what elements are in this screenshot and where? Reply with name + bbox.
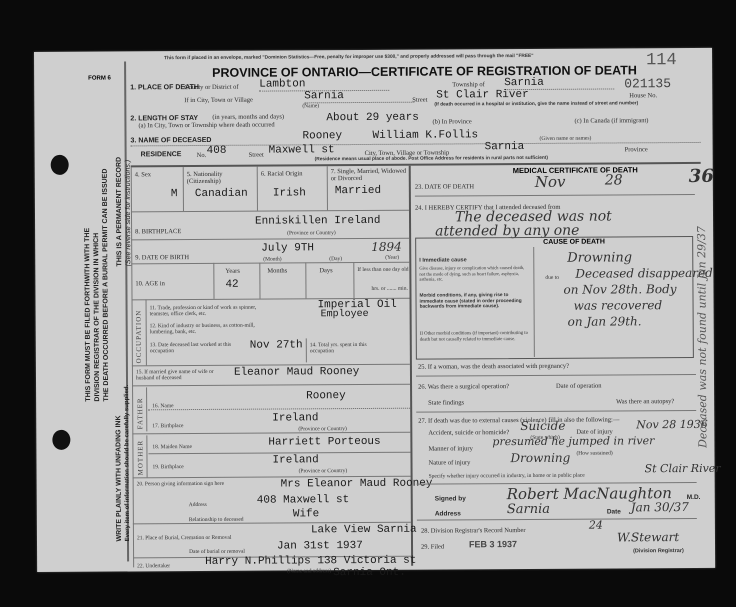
nature-label: Nature of injury — [428, 459, 470, 466]
how-sustained-hint: (How sustained) — [576, 450, 612, 456]
signed-by-label: Signed by — [435, 495, 466, 502]
dob-label: 9. DATE OF BIRTH — [135, 254, 189, 261]
deceased-given-names: William K.Follis — [372, 129, 478, 142]
birthplace-value: Enniskillen Ireland — [255, 215, 380, 228]
residence-label: RESIDENCE — [141, 151, 182, 158]
cause-note-2: was recovered — [574, 298, 663, 313]
hrs-label: hrs. or ....... min. — [371, 286, 407, 292]
registration-number: 021135 — [624, 76, 671, 91]
months-label: Months — [267, 267, 287, 274]
township-label: Township of — [452, 81, 485, 88]
last-worked-label: 13. Date deceased last worked at this oc… — [150, 342, 235, 355]
burial-date-label: Date of burial or removal — [189, 549, 245, 555]
nationality-label: 5. Nationality (Citizenship) — [187, 171, 257, 185]
date-of-death-label: 23. DATE OF DEATH — [415, 183, 474, 190]
spouse-value: Eleanor Maud Rooney — [234, 366, 359, 379]
sex-value: M — [171, 188, 178, 200]
relationship-value: Wife — [293, 508, 319, 520]
death-month: Nov — [535, 173, 566, 191]
informant-address-label: Address — [189, 502, 207, 508]
father-birthplace: Ireland — [272, 412, 318, 424]
marital-label: 7. Single, Married, Widowed or Divorced — [331, 168, 407, 182]
occupation-section-label: OCCUPATION — [135, 310, 143, 364]
province-label: Province — [625, 146, 648, 153]
given-hint: (Given name or names) — [540, 136, 592, 142]
hospital-hint: (If death occurred in a hospital or inst… — [434, 101, 638, 107]
stay-city-value: About 29 years — [326, 112, 418, 125]
undertaker-hint: (Name and address) — [287, 568, 331, 574]
undertaker-label: 22. Undertaker — [137, 563, 170, 569]
mail-notice: This form if placed in an envelope, mark… — [164, 54, 534, 61]
page-number: 114 — [646, 51, 677, 70]
age-years: 42 — [225, 279, 238, 291]
informant-name: Mrs Eleanor Maud Rooney — [281, 478, 433, 491]
city-value: Sarnia — [304, 90, 414, 104]
cause-heading: CAUSE OF DEATH — [543, 239, 605, 246]
place-of-death-label: 1. PLACE OF DEATH — [130, 84, 170, 92]
surgery-question: 26. Was there a surgical operation? — [418, 383, 509, 391]
findings-label: State findings — [428, 399, 464, 406]
operation-date-label: Date of operation — [556, 383, 602, 390]
trade-label: 11. Trade, profession or kind of work as… — [150, 305, 270, 318]
father-name: Rooney — [306, 390, 346, 402]
residence-street: Maxwell st — [269, 144, 335, 156]
specify-place-value: St Clair River — [645, 462, 721, 475]
informant-label: 20. Person giving information sign here — [137, 481, 227, 488]
physician-address: Sarnia — [507, 502, 550, 517]
sex-label: 4. Sex — [135, 171, 151, 178]
manner-label: Manner of injury — [428, 445, 472, 452]
residence-street-label: Street — [249, 152, 264, 159]
record-number-label: 28. Division Registrar's Record Number — [421, 527, 526, 535]
accident-value: Suicide — [520, 419, 565, 433]
death-year: 36 — [689, 166, 714, 187]
residence-city: Sarnia — [485, 141, 525, 153]
father-birthplace-label: 17. Birthplace — [152, 423, 183, 429]
margin-note: Deceased was not found until Jan 29/37 — [695, 226, 709, 448]
immediate-cause-label: I Immediate cause — [419, 257, 466, 263]
stay-b-label: (b) In Province — [432, 118, 471, 125]
deceased-name-label: 3. NAME OF DECEASED — [131, 137, 212, 144]
county-label: County or District of — [184, 84, 238, 91]
nature-value: Drowning — [510, 451, 570, 465]
external-causes-label: 27. If death was due to external causes … — [418, 416, 619, 424]
immediate-hint: Give disease, injury or complication whi… — [419, 265, 529, 282]
nationality-value: Canadian — [195, 188, 248, 200]
informant-address: 408 Maxwell st — [257, 494, 349, 507]
death-certificate: THIS FORM MUST BE FILED FORTHWITH WITH T… — [34, 48, 715, 572]
less-than-day-label: If less than one day old — [357, 267, 408, 273]
burial-date: Jan 31st 1937 — [277, 540, 363, 553]
street-label: Street — [412, 97, 427, 104]
mother-birthplace: Ireland — [272, 454, 318, 466]
dob-month-day: July 9TH — [261, 242, 314, 254]
side-notes-2: WRITE PLAINLY WITH UNFADING INK Every it… — [114, 385, 133, 542]
cause-c: on Jan 29th. — [568, 314, 642, 328]
last-worked-value: Nov 27th — [250, 339, 303, 351]
cause-note-1: Deceased disappeared — [575, 266, 713, 281]
father-section-label: FATHER — [136, 397, 144, 429]
pregnancy-question: 25. If a woman, was the death associated… — [418, 363, 569, 371]
marital-value: Married — [335, 185, 381, 197]
form-number: FORM 6 — [88, 76, 111, 82]
total-years-label: 14. Total yrs. spent in this occupation — [310, 342, 380, 354]
punch-hole-top — [51, 155, 69, 175]
morbid-label: Morbid conditions, if any, giving rise t… — [419, 293, 529, 310]
death-day: 28 — [605, 172, 623, 188]
physician-date-label: Date — [607, 508, 621, 515]
cause-a: Drowning — [567, 250, 632, 265]
birthplace-label: 8. BIRTHPLACE — [135, 228, 181, 235]
city-label: If in City, Town or Village — [184, 97, 253, 104]
due-to-label: due to — [545, 275, 559, 281]
stay-c-label: (c) In Canada (if immigrant) — [574, 117, 648, 124]
burial-place: Lake View Sarnia — [311, 524, 417, 537]
autopsy-label: Was there an autopsy? — [616, 398, 674, 405]
physician-date: Jan 30/37 — [631, 500, 689, 514]
industry-label: 12. Kind of industry or business, as cot… — [150, 323, 270, 336]
mother-birthplace-label: 19. Birthplace — [153, 464, 184, 470]
manner-value: presumed he jumped in river — [492, 434, 654, 448]
side-notes: THIS FORM MUST BE FILED FORTHWITH WITH T… — [83, 169, 111, 402]
dob-year: 1894 — [371, 240, 402, 254]
registrar-signature: W.Stewart — [617, 530, 679, 544]
spouse-label: 15. If married give name of wife or husb… — [136, 369, 226, 382]
street-value: St Clair River — [436, 89, 528, 102]
year-hint: (Year) — [385, 255, 399, 261]
other-conditions-label: II Other morbid conditions (if important… — [420, 331, 530, 343]
name-hint: (Name) — [302, 103, 319, 109]
trade-value-2: Employee — [321, 309, 369, 320]
specify-place-label: Specify whether injury occurred in indus… — [429, 473, 585, 480]
registrar-label: (Division Registrar) — [633, 548, 684, 554]
stay-hint: (in years, months and days) — [212, 113, 284, 120]
house-label: House No. — [629, 92, 657, 99]
racial-origin-value: Irish — [273, 187, 306, 199]
mother-birthplace-hint: (Province or Country) — [299, 468, 348, 474]
mother-maiden-name: Harriett Porteous — [268, 436, 380, 449]
stay-a-label: (a) In City, Town or Township where deat… — [138, 122, 274, 130]
residence-no-label: No. — [197, 152, 207, 159]
physician-address-label: Address — [435, 510, 461, 517]
years-label: Years — [225, 268, 240, 275]
mother-maiden-label: 18. Maiden Name — [152, 444, 192, 450]
age-label: 10. AGE in — [135, 280, 164, 287]
mother-section-label: MOTHER — [136, 440, 144, 476]
birthplace-hint: (Province or Country) — [287, 230, 336, 236]
filed-date: FEB 3 1937 — [469, 539, 517, 549]
burial-place-label: 21. Place of Burial, Cremation or Remova… — [137, 535, 231, 542]
days-label: Days — [319, 267, 332, 274]
undertaker-value-2: Sarnia Ont. — [333, 567, 406, 579]
residence-hint: (Residence means usual place of abode. P… — [315, 156, 548, 162]
deceased-surname: Rooney — [302, 130, 342, 142]
punch-hole-bottom — [52, 430, 70, 450]
cause-b: on Nov 28th. Body — [563, 282, 676, 297]
racial-origin-label: 6. Racial Origin — [261, 170, 303, 177]
record-number: 24 — [589, 519, 603, 532]
filed-label: 29. Filed — [421, 544, 444, 551]
residence-number: 408 — [207, 145, 227, 157]
